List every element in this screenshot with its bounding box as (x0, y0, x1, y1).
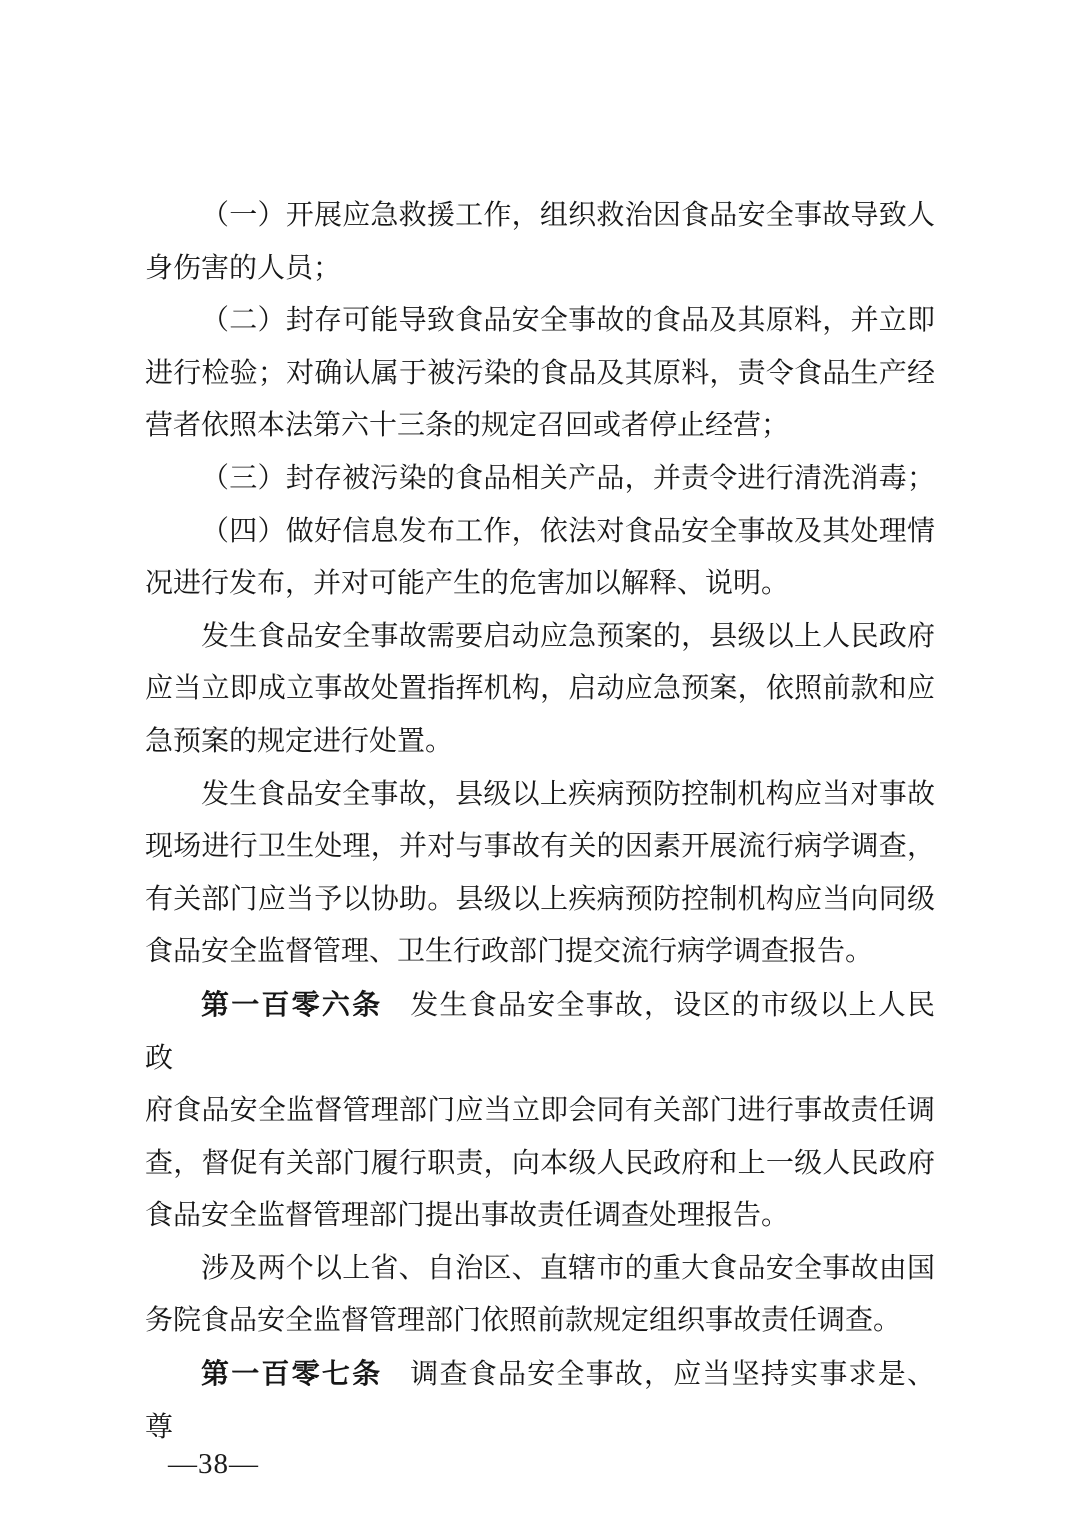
text-line: 有关部门应当予以协助。县级以上疾病预防控制机构应当向同级 (145, 874, 935, 927)
article-number: 第一百零六条 (201, 989, 382, 1020)
text-line: 食品安全监督管理、卫生行政部门提交流行病学调查报告。 (145, 926, 935, 979)
text-line: 发生食品安全事故需要启动应急预案的，县级以上人民政府 (145, 611, 935, 664)
document-page: （一）开展应急救援工作，组织救治因食品安全事故导致人身伤害的人员；（二）封存可能… (0, 0, 1074, 1520)
page-number: —38— (168, 1448, 259, 1481)
text-line: 务院食品安全监督管理部门依照前款规定组织事故责任调查。 (145, 1295, 935, 1348)
text-line: 查，督促有关部门履行职责，向本级人民政府和上一级人民政府 (145, 1138, 935, 1191)
text-line: 发生食品安全事故，县级以上疾病预防控制机构应当对事故 (145, 769, 935, 822)
article-line: 第一百零七条调查食品安全事故，应当坚持实事求是、尊 (145, 1348, 935, 1454)
text-line: 应当立即成立事故处置指挥机构，启动应急预案，依照前款和应 (145, 663, 935, 716)
text-line: 身伤害的人员； (145, 243, 935, 296)
text-line: 现场进行卫生处理，并对与事故有关的因素开展流行病学调查， (145, 821, 935, 874)
text-line: 府食品安全监督管理部门应当立即会同有关部门进行事故责任调 (145, 1085, 935, 1138)
text-line: 涉及两个以上省、自治区、直辖市的重大食品安全事故由国 (145, 1243, 935, 1296)
text-line: （一）开展应急救援工作，组织救治因食品安全事故导致人 (145, 190, 935, 243)
text-line: （二）封存可能导致食品安全事故的食品及其原料，并立即 (145, 295, 935, 348)
text-line: 急预案的规定进行处置。 (145, 716, 935, 769)
text-line: 况进行发布，并对可能产生的危害加以解释、说明。 (145, 558, 935, 611)
text-line: 食品安全监督管理部门提出事故责任调查处理报告。 (145, 1190, 935, 1243)
text-line: （三）封存被污染的食品相关产品，并责令进行清洗消毒； (145, 453, 935, 506)
document-body: （一）开展应急救援工作，组织救治因食品安全事故导致人身伤害的人员；（二）封存可能… (145, 190, 935, 1454)
article-number: 第一百零七条 (201, 1358, 382, 1389)
text-line: 进行检验；对确认属于被污染的食品及其原料，责令食品生产经 (145, 348, 935, 401)
text-line: 营者依照本法第六十三条的规定召回或者停止经营； (145, 400, 935, 453)
text-line: （四）做好信息发布工作，依法对食品安全事故及其处理情 (145, 506, 935, 559)
article-line: 第一百零六条发生食品安全事故，设区的市级以上人民政 (145, 979, 935, 1085)
